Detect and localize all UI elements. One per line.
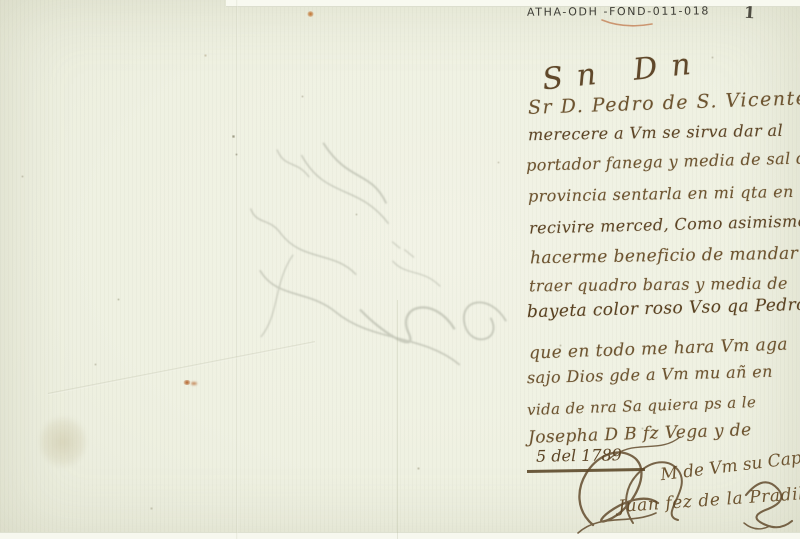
- date-line: 5 del 1789: [536, 445, 622, 465]
- rust-stain: [183, 380, 191, 385]
- signature-courtesy-line: M de Vm su Capn: [659, 447, 800, 485]
- letter-line: recivire merced, Como asimismo: [529, 211, 800, 237]
- scanned-letter-page: ATHA-ODH -FOND-011-018 1 Sn Dn Sr D. Ped…: [0, 0, 800, 539]
- letter-line: provincia sentarla en mi qta en que: [528, 181, 800, 205]
- letter-line: vida de nra Sa quiera ps a le: [527, 393, 757, 419]
- foxing-stain: [307, 11, 314, 17]
- horizontal-fold-crease: [48, 341, 315, 395]
- letter-line: Sn Dn: [541, 46, 707, 98]
- signature-name-line: Juan fez de la Pradilla: [618, 483, 800, 517]
- page-bottom-edge: [0, 532, 800, 539]
- letter-line: sajo Dios gde a Vm mu añ en: [527, 362, 773, 387]
- vertical-fold-crease-lower: [397, 300, 398, 539]
- vertical-fold-crease: [236, 0, 238, 539]
- letter-line: hacerme beneficio de mandar: [530, 244, 798, 269]
- letter-line: portador fanega y media de sal de: [526, 148, 800, 175]
- label-underline-mark: [598, 8, 660, 30]
- paper-specks: [0, 0, 1, 1]
- letter-line: Josepha D B fz Vega y de: [528, 420, 752, 448]
- page-number: 1: [743, 3, 755, 23]
- ink-showthrough: [220, 108, 550, 382]
- letter-line: merecere a Vm se sirva dar al: [528, 121, 783, 144]
- letter-line: que en todo me hara Vm aga: [529, 334, 789, 363]
- letter-line: traer quadro baras y media de: [529, 274, 788, 296]
- date-underline: [527, 468, 645, 473]
- letter-line: bayeta color roso Vso qa Pedromlla: [527, 294, 800, 322]
- paper-blotch: [40, 416, 86, 468]
